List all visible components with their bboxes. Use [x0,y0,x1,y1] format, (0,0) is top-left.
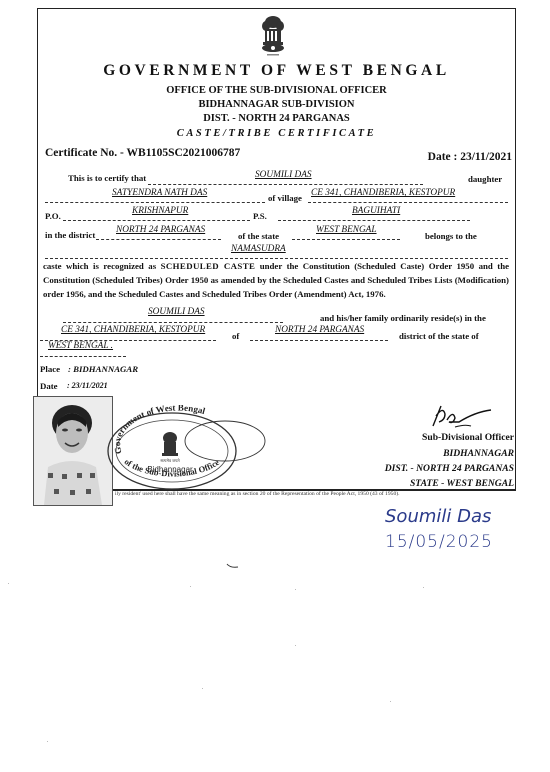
scheduled-caste-text: SCHEDULED CASTE [161,261,256,271]
resident-district: NORTH 24 PARGANAS [275,325,364,335]
scan-speck [47,741,48,742]
certificate-number-value: WB1105SC2021006787 [127,147,241,159]
office-heading: OFFICE OF THE SUB-DIVISIONAL OFFICER [37,85,516,96]
ps-label: P.S. [253,211,267,221]
relation-label: daughter [468,174,502,184]
scan-speck [390,701,391,702]
district-heading: DIST. - NORTH 24 PARGANAS [37,113,516,124]
paragraph-text-1: caste which is recognized as [43,261,161,271]
district-state-label: district of the state of [399,331,479,341]
scan-speck [202,688,203,689]
resident-state: WEST BENGAL . [48,341,113,351]
handwritten-signature: Soumili Das [385,506,491,527]
reside-label: and his/her family ordinarily reside(s) … [320,313,486,323]
place-value: : BIDHANNAGAR [68,364,138,374]
government-heading: GOVERNMENT OF WEST BENGAL [37,62,516,80]
handwritten-date: 15/05/2025 [385,532,493,552]
state-value: WEST BENGAL [316,225,377,235]
caste-value: NAMASUDRA [231,244,286,254]
date-value: : 23/11/2021 [67,381,108,390]
belongs-label: belongs to the [425,231,477,241]
resident-name: SOUMILI DAS [148,307,205,317]
certificate-title: CASTE/TRIBE CERTIFICATE [37,128,516,139]
scan-speck [423,587,424,588]
scan-speck [295,645,296,646]
national-emblem-icon [258,14,288,58]
signatory-line-2: DIST. - NORTH 24 PARGANAS [385,463,514,474]
signatory-line-1: BIDHANNAGAR [443,448,514,459]
certificate-date: Date : 23/11/2021 [428,151,512,163]
svg-text:Government of West Bengal: Government of West Bengal [112,405,207,455]
date-label: Date [40,381,58,391]
certificate-number: Certificate No. - WB1105SC2021006787 [45,147,240,159]
scan-speck [8,583,9,584]
footnote: ily resident' used here shall have the s… [115,491,400,497]
district-label: in the district [45,230,95,240]
district-value: NORTH 24 PARGANAS [116,225,205,235]
certificate-number-label: Certificate No. - [45,147,127,159]
recognition-paragraph: caste which is recognized as SCHEDULED C… [43,259,509,302]
village-value: CE 341, CHANDIBERIA, KESTOPUR [311,188,455,198]
parent-name: SATYENDRA NATH DAS [112,188,207,198]
po-label: P.O. [45,211,61,221]
certified-name: SOUMILI DAS [255,170,312,180]
certify-label: This is to certify that [68,173,146,183]
scan-speck [190,586,191,587]
officer-signature [425,400,495,432]
of-label: of [232,331,239,341]
stray-mark [226,563,240,569]
ps-value: BAGUIHATI [352,206,400,216]
resident-address: CE 341, CHANDIBERIA, KESTOPUR [61,325,205,335]
place-label: Place [40,364,60,374]
svg-text:Bidhannagar: Bidhannagar [147,465,193,474]
certificate-date-value: 23/11/2021 [460,151,512,163]
signatory-designation: Sub-Divisional Officer [422,432,514,443]
state-label: of the state [238,231,279,241]
certificate-date-label: Date : [428,151,461,163]
subdivision-heading: BIDHANNAGAR SUB-DIVISION [37,99,516,110]
official-stamp: Government of West Bengal of the Sub-Div… [100,405,270,490]
signatory-line-3: STATE - WEST BENGAL [410,478,514,489]
village-label: of village [268,193,302,203]
svg-text:सत्यमेव जयते: सत्यमेव जयते [160,458,180,463]
scan-speck [295,589,296,590]
po-value: KRISHNAPUR [132,206,188,216]
